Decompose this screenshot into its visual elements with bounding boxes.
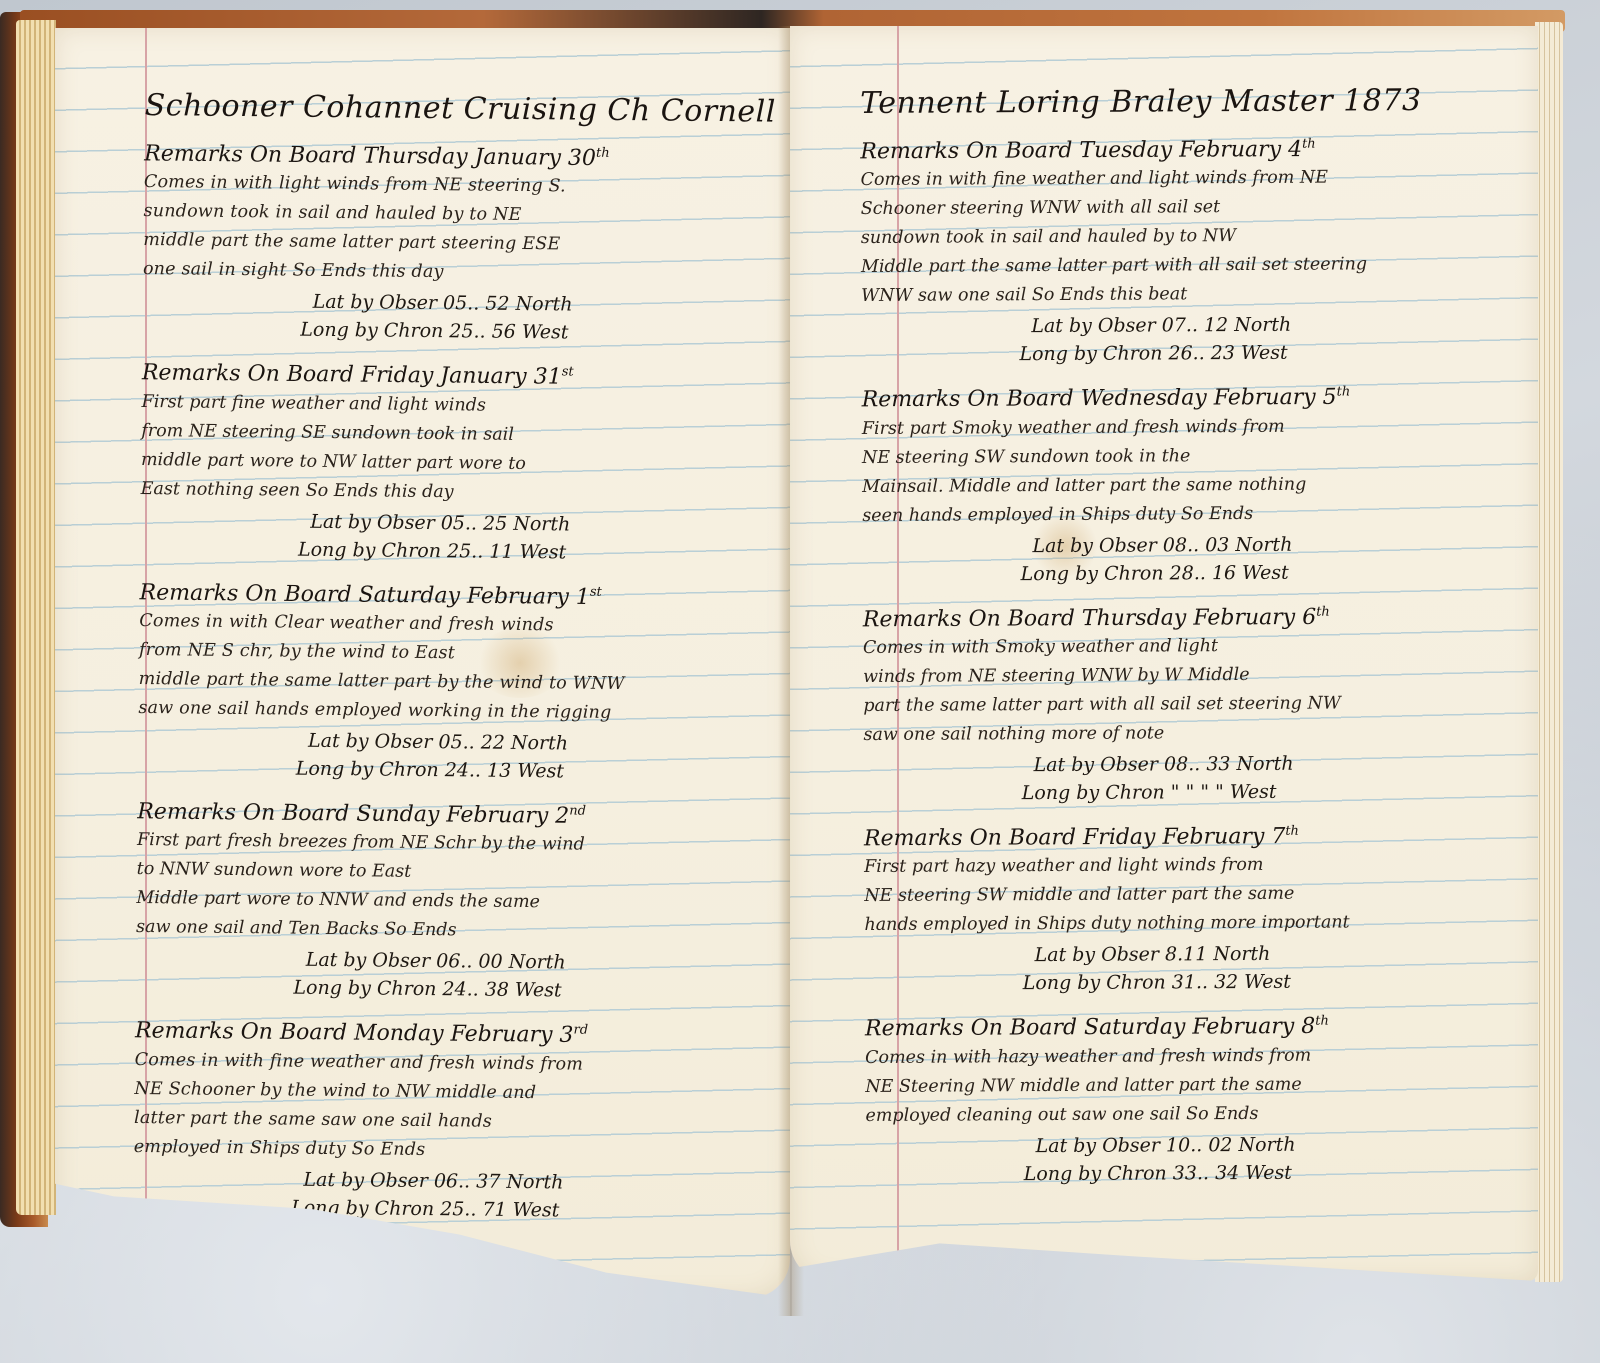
entry-heading-text: Remarks On Board Monday February 3 — [135, 1019, 574, 1049]
entry-heading: Remarks On Board Tuesday February 4th — [860, 136, 1510, 165]
log-entry: Remarks On Board Thursday January 30th C… — [142, 141, 764, 349]
entry-line: sundown took in sail and hauled by to NW — [861, 221, 1511, 253]
entry-line: Mainsail. Middle and latter part the sam… — [862, 469, 1512, 501]
log-entry: Remarks On Board Wednesday February 5th … — [862, 384, 1513, 589]
entry-heading: Remarks On Board Wednesday February 5th — [862, 384, 1512, 413]
left-page-content: Schooner Cohannet Cruising Ch Cornell Re… — [133, 78, 765, 1244]
entry-heading: Remarks On Board Friday February 7th — [864, 823, 1514, 852]
longitude: Long by Chron 25.. 56 West — [300, 316, 762, 349]
entry-line: saw one sail nothing more of note — [863, 718, 1513, 750]
entry-line: hands employed in Ships duty nothing mor… — [864, 908, 1514, 940]
log-entry: Remarks On Board Friday January 31st Fir… — [140, 360, 762, 568]
position-block: Lat by Obser 06.. 37 North Long by Chron… — [303, 1165, 754, 1226]
entry-line: Middle part the same latter part with al… — [861, 250, 1511, 282]
log-entry: Remarks On Board Saturday February 1st C… — [138, 580, 760, 788]
entry-heading: Remarks On Board Saturday February 8th — [865, 1013, 1515, 1042]
longitude: Long by Chron 26.. 23 West — [1019, 338, 1511, 369]
entry-line: First part Smoky weather and fresh winds… — [862, 411, 1512, 443]
position-block: Lat by Obser 8.11 North Long by Chron 31… — [1035, 939, 1515, 998]
entry-line: Comes in with Smoky weather and light — [863, 631, 1513, 663]
entry-heading-text: Remarks On Board Thursday February 6 — [863, 605, 1316, 632]
date-ordinal: st — [562, 365, 574, 380]
entry-heading-text: Remarks On Board Tuesday February 4 — [860, 137, 1302, 164]
entry-line: one sail in sight So Ends this day — [143, 255, 763, 290]
entry-heading: Remarks On Board Sunday February 2nd — [137, 799, 757, 831]
latitude: Lat by Obser 05.. 25 North — [310, 507, 760, 540]
entry-heading: Remarks On Board Friday January 31st — [142, 360, 762, 392]
entry-line: Comes in with hazy weather and fresh win… — [865, 1040, 1515, 1072]
entry-heading-text: Remarks On Board Sunday February 2 — [137, 799, 569, 829]
entry-heading: Remarks On Board Saturday February 1st — [139, 580, 759, 612]
entry-line: First part hazy weather and light winds … — [864, 850, 1514, 882]
left-page: Schooner Cohannet Cruising Ch Cornell Re… — [55, 28, 790, 1298]
position-block: Lat by Obser 05.. 25 North Long by Chron… — [310, 507, 761, 568]
date-ordinal: th — [1285, 824, 1299, 839]
longitude: Long by Chron 31.. 32 West — [1023, 967, 1515, 998]
longitude: Long by Chron 24.. 38 West — [293, 974, 755, 1007]
entry-line: NE Steering NW middle and latter part th… — [865, 1069, 1515, 1101]
date-ordinal: th — [1337, 385, 1351, 400]
date-ordinal: th — [1302, 137, 1316, 152]
entry-heading-text: Remarks On Board Friday February 7 — [864, 824, 1285, 851]
latitude: Lat by Obser 8.11 North — [1035, 939, 1515, 970]
entry-line: part the same latter part with all sail … — [863, 689, 1513, 721]
right-page: Tennent Loring Braley Master 1873 Remark… — [790, 26, 1538, 1281]
date-ordinal: st — [590, 584, 602, 599]
position-block: Lat by Obser 05.. 52 North Long by Chron… — [312, 288, 763, 349]
right-page-content: Tennent Loring Braley Master 1873 Remark… — [860, 73, 1516, 1207]
entry-line: employed in Ships duty So Ends — [134, 1133, 754, 1168]
entry-heading: Remarks On Board Thursday January 30th — [144, 141, 764, 173]
entry-heading-text: Remarks On Board Friday January 31 — [142, 361, 562, 390]
entry-line: WNW saw one sail So Ends this beat — [861, 279, 1511, 311]
date-ordinal: th — [596, 146, 610, 161]
entry-line: winds from NE steering WNW by W Middle — [863, 660, 1513, 692]
entry-line: Schooner steering WNW with all sail set — [861, 192, 1511, 224]
log-entry: Remarks On Board Sunday February 2nd Fir… — [135, 799, 757, 1007]
latitude: Lat by Obser 10.. 02 North — [1036, 1129, 1516, 1160]
position-block: Lat by Obser 07.. 12 North Long by Chron… — [1031, 310, 1511, 369]
date-ordinal: rd — [573, 1023, 588, 1038]
latitude: Lat by Obser 07.. 12 North — [1031, 310, 1511, 341]
latitude: Lat by Obser 06.. 37 North — [303, 1165, 753, 1198]
page-title: Tennent Loring Braley Master 1873 — [860, 83, 1510, 121]
entry-line: NE steering SW middle and latter part th… — [864, 879, 1514, 911]
position-block: Lat by Obser 10.. 02 North Long by Chron… — [1036, 1129, 1516, 1188]
position-block: Lat by Obser 06.. 00 North Long by Chron… — [305, 946, 756, 1007]
entry-heading-text: Remarks On Board Thursday January 30 — [144, 141, 596, 171]
entry-line: saw one sail hands employed working in t… — [138, 694, 758, 729]
entry-line: seen hands employed in Ships duty So End… — [862, 498, 1512, 530]
entry-heading-text: Remarks On Board Wednesday February 5 — [862, 385, 1337, 412]
page-stack-right — [1535, 22, 1563, 1282]
entry-line: East nothing seen So Ends this day — [141, 475, 761, 510]
entry-line: employed cleaning out saw one sail So En… — [865, 1098, 1515, 1130]
longitude: Long by Chron 28.. 16 West — [1021, 557, 1513, 588]
latitude: Lat by Obser 08.. 33 North — [1034, 749, 1514, 780]
page-title: Schooner Cohannet Cruising Ch Cornell — [145, 88, 765, 129]
log-entry: Remarks On Board Saturday February 8th C… — [865, 1013, 1516, 1189]
entry-heading: Remarks On Board Thursday February 6th — [863, 603, 1513, 632]
entry-line: NE steering SW sundown took in the — [862, 440, 1512, 472]
position-block: Lat by Obser 08.. 03 North Long by Chron… — [1032, 529, 1512, 588]
date-ordinal: nd — [569, 803, 586, 818]
entry-line: Comes in with fine weather and light win… — [860, 163, 1510, 195]
date-ordinal: th — [1315, 1014, 1329, 1029]
longitude: Long by Chron 25.. 11 West — [298, 535, 760, 568]
date-ordinal: th — [1316, 604, 1330, 619]
entry-heading-text: Remarks On Board Saturday February 8 — [865, 1014, 1315, 1041]
longitude: Long by Chron 33.. 34 West — [1024, 1157, 1516, 1188]
log-entry: Remarks On Board Thursday February 6th C… — [863, 603, 1514, 808]
entry-heading-text: Remarks On Board Saturday February 1 — [139, 580, 589, 610]
longitude: Long by Chron 24.. 13 West — [296, 755, 758, 788]
entry-heading: Remarks On Board Monday February 3rd — [135, 1018, 755, 1050]
log-entry: Remarks On Board Friday February 7th Fir… — [864, 823, 1515, 999]
log-entries: Remarks On Board Thursday January 30th C… — [133, 141, 764, 1226]
latitude: Lat by Obser 08.. 03 North — [1032, 529, 1512, 560]
position-block: Lat by Obser 05.. 22 North Long by Chron… — [308, 727, 759, 788]
log-entry: Remarks On Board Monday February 3rd Com… — [133, 1018, 755, 1226]
entry-line: saw one sail and Ten Backs So Ends — [136, 913, 756, 948]
position-block: Lat by Obser 08.. 33 North Long by Chron… — [1034, 749, 1514, 808]
page-stack-left — [16, 20, 56, 1215]
log-entry: Remarks On Board Tuesday February 4th Co… — [860, 136, 1511, 370]
longitude: Long by Chron " " " " West — [1022, 777, 1514, 808]
